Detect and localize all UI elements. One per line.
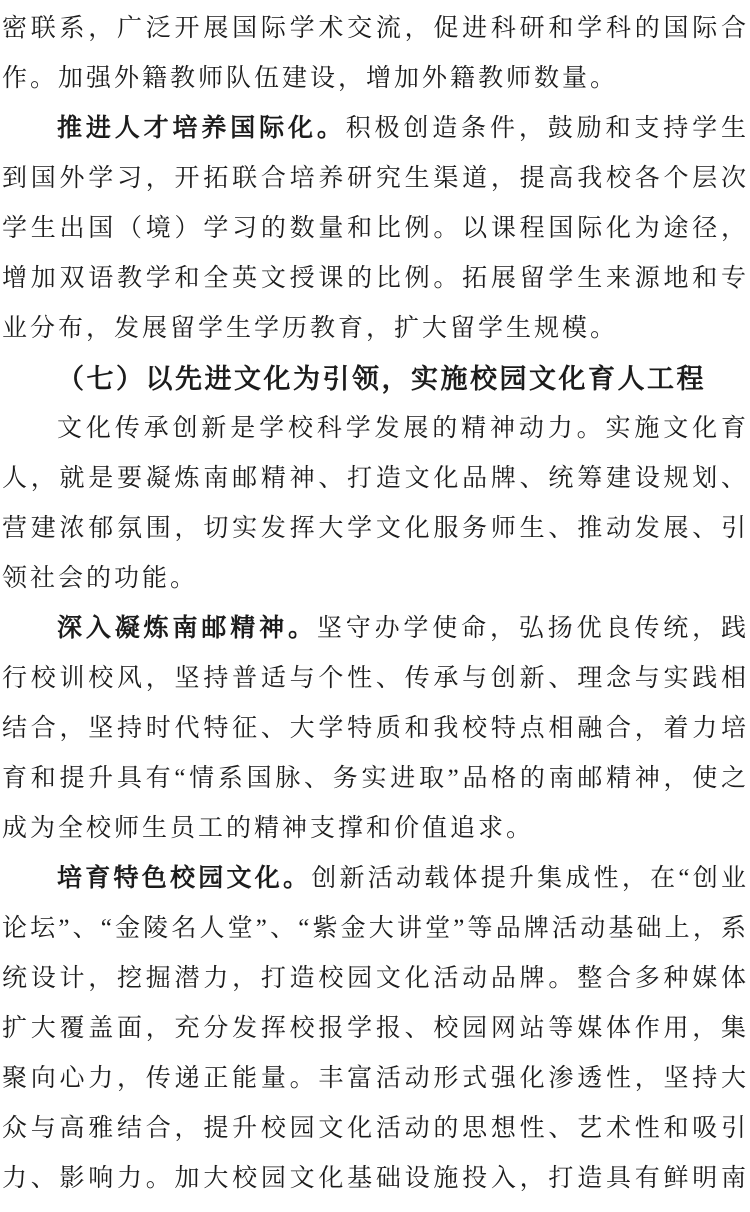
text-run: 积极创造条件，鼓励和支持学生 <box>346 115 746 142</box>
text-run: 众与高雅结合，提升校园文化活动的思想性、艺术性和吸引 <box>2 1115 746 1142</box>
text-line: 结合，坚持时代特征、大学特质和我校特点相融合，着力培 <box>2 704 746 754</box>
text-line: 聚向心力，传递正能量。丰富活动形式强化渗透性，坚持大 <box>2 1054 746 1104</box>
text-line: 作。加强外籍教师队伍建设，增加外籍教师数量。 <box>2 54 746 104</box>
text-line: 行校训校风，坚持普适与个性、传承与创新、理念与实践相 <box>2 654 746 704</box>
text-run: 扩大覆盖面，充分发挥校报学报、校园网站等媒体作用，集 <box>2 1015 746 1042</box>
section-heading: （七）以先进文化为引领，实施校园文化育人工程 <box>2 354 746 404</box>
text-line: 统设计，挖掘潜力，打造校园文化活动品牌。整合多种媒体 <box>2 954 746 1004</box>
text-run: 成为全校师生员工的精神支撑和价值追求。 <box>2 815 534 842</box>
text-line: 到国外学习，开拓联合培养研究生渠道，提高我校各个层次 <box>2 154 746 204</box>
text-run: 人，就是要凝炼南邮精神、打造文化品牌、统筹建设规划、 <box>2 465 746 492</box>
text-run: 结合，坚持时代特征、大学特质和我校特点相融合，着力培 <box>2 715 746 742</box>
text-run: 营建浓郁氛围，切实发挥大学文化服务师生、推动发展、引 <box>2 515 746 542</box>
text-line: 推进人才培养国际化。积极创造条件，鼓励和支持学生 <box>2 104 746 154</box>
text-line: 增加双语教学和全英文授课的比例。拓展留学生来源地和专 <box>2 254 746 304</box>
text-run: 作。加强外籍教师队伍建设，增加外籍教师数量。 <box>2 65 618 92</box>
text-line: 营建浓郁氛围，切实发挥大学文化服务师生、推动发展、引 <box>2 504 746 554</box>
text-line: 扩大覆盖面，充分发挥校报学报、校园网站等媒体作用，集 <box>2 1004 746 1054</box>
text-run: 行校训校风，坚持普适与个性、传承与创新、理念与实践相 <box>2 665 746 692</box>
bold-run: 培育特色校园文化。 <box>57 865 311 892</box>
text-line: 育和提升具有“情系国脉、务实进取”品格的南邮精神，使之 <box>2 754 746 804</box>
text-line: 密联系，广泛开展国际学术交流，促进科研和学科的国际合 <box>2 4 746 54</box>
text-run: 增加双语教学和全英文授课的比例。拓展留学生来源地和专 <box>2 265 746 292</box>
text-line: 学生出国（境）学习的数量和比例。以课程国际化为途径， <box>2 204 746 254</box>
text-line: 力、影响力。加大校园文化基础设施投入，打造具有鲜明南 <box>2 1154 746 1204</box>
text-line: 论坛”、“金陵名人堂”、“紫金大讲堂”等品牌活动基础上，系 <box>2 904 746 954</box>
text-run: 创新活动载体提升集成性，在“创业 <box>311 865 746 892</box>
text-line: 文化传承创新是学校科学发展的精神动力。实施文化育 <box>2 404 746 454</box>
text-run: 密联系，广泛开展国际学术交流，促进科研和学科的国际合 <box>2 15 746 42</box>
text-run: 力、影响力。加大校园文化基础设施投入，打造具有鲜明南 <box>2 1165 746 1192</box>
text-line: 众与高雅结合，提升校园文化活动的思想性、艺术性和吸引 <box>2 1104 746 1154</box>
bold-run: 推进人才培养国际化。 <box>57 115 346 142</box>
text-line: 培育特色校园文化。创新活动载体提升集成性，在“创业 <box>2 854 746 904</box>
text-line: 深入凝炼南邮精神。坚守办学使命，弘扬优良传统，践 <box>2 604 746 654</box>
text-line: 成为全校师生员工的精神支撑和价值追求。 <box>2 804 746 854</box>
bold-run: 深入凝炼南邮精神。 <box>57 615 317 642</box>
text-run: 领社会的功能。 <box>2 565 198 592</box>
bold-run: （七）以先进文化为引领，实施校园文化育人工程 <box>57 364 706 394</box>
text-run: 论坛”、“金陵名人堂”、“紫金大讲堂”等品牌活动基础上，系 <box>2 915 746 942</box>
text-run: 坚守办学使命，弘扬优良传统，践 <box>317 615 746 642</box>
document-page: 密联系，广泛开展国际学术交流，促进科研和学科的国际合作。加强外籍教师队伍建设，增… <box>0 0 750 1212</box>
text-run: 业分布，发展留学生学历教育，扩大留学生规模。 <box>2 315 618 342</box>
text-run: 聚向心力，传递正能量。丰富活动形式强化渗透性，坚持大 <box>2 1065 746 1092</box>
text-run: 育和提升具有“情系国脉、务实进取”品格的南邮精神，使之 <box>2 765 746 792</box>
text-run: 文化传承创新是学校科学发展的精神动力。实施文化育 <box>57 415 746 442</box>
text-line: 业分布，发展留学生学历教育，扩大留学生规模。 <box>2 304 746 354</box>
text-run: 到国外学习，开拓联合培养研究生渠道，提高我校各个层次 <box>2 165 746 192</box>
text-line: 人，就是要凝炼南邮精神、打造文化品牌、统筹建设规划、 <box>2 454 746 504</box>
text-line: 领社会的功能。 <box>2 554 746 604</box>
text-run: 学生出国（境）学习的数量和比例。以课程国际化为途径， <box>2 215 746 242</box>
text-run: 统设计，挖掘潜力，打造校园文化活动品牌。整合多种媒体 <box>2 965 746 992</box>
